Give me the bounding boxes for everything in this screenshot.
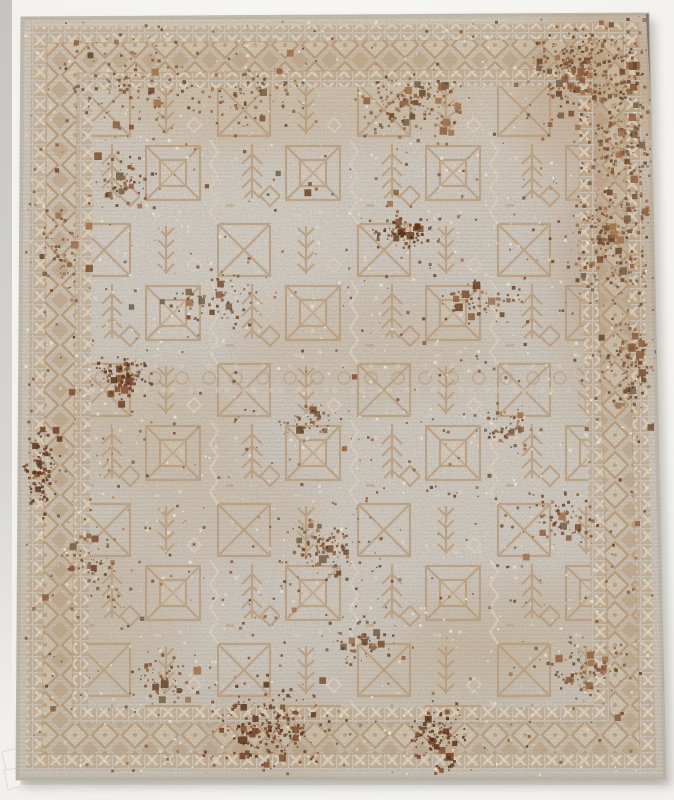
rug-photograph: [0, 0, 674, 800]
photo-stage: [0, 0, 674, 800]
rug: [10, 5, 674, 784]
wall-strip: [0, 0, 12, 800]
